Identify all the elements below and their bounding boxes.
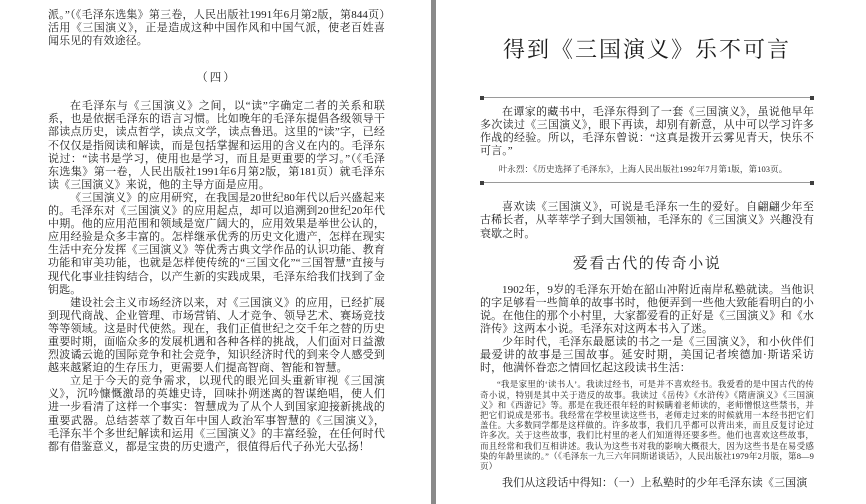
book-spread: 派。”（《毛泽东选集》第三卷，人民出版社1991年6月第2版，第844页）活用《… xyxy=(0,0,866,504)
rule-endcap-right xyxy=(810,96,814,100)
right-closing-paragraph: 我们从这段话中得知：（一）上私塾时的少年毛泽东读《三国演 xyxy=(480,477,814,490)
epigraph-rule-bottom xyxy=(480,180,814,185)
chapter-title: 得到《三国演义》乐不可言 xyxy=(480,36,814,64)
right-intro-paragraph: 喜欢读《三国演义》，可说是毛泽东一生的爱好。自翩翩少年至古稀长者，从莘莘学子到大… xyxy=(480,201,814,240)
left-paragraph-1: 在毛泽东与《三国演义》之间，以“读”字确定二者的关系和联系，也是依据毛泽东的语言… xyxy=(48,100,385,192)
left-paragraph-4: 立足于今天的竞争需求，以现代的眼光回头重新审视《三国演义》，沉吟慷慨激昂的英雄史… xyxy=(48,375,385,454)
rule-line xyxy=(484,97,810,98)
snow-interview-blockquote: “我是家里的‘读书人’。我读过经书，可是并不喜欢经书。我爱看的是中国古代的传奇小… xyxy=(480,379,814,471)
right-page: 得到《三国演义》乐不可言 在谭家的藏书中，毛泽东得到了一套《三国演义》，虽说他早… xyxy=(436,0,866,504)
right-paragraph-2: 少年时代，毛泽东最愿读的书之一是《三国演义》，和小伙伴们最爱讲的故事是三国故事。… xyxy=(480,336,814,375)
epigraph-rule-top xyxy=(480,95,814,100)
right-paragraph-1: 1902年，9岁的毛泽东开始在韶山冲附近南岸私塾就读。当他识的字足够看一些简单的… xyxy=(480,284,814,336)
left-continuation-paragraph: 派。”（《毛泽东选集》第三卷，人民出版社1991年6月第2版，第844页）活用《… xyxy=(48,9,385,48)
section-number-marker: （四） xyxy=(48,69,385,85)
rule-line xyxy=(484,182,810,183)
epigraph-source-citation: 叶永烈：《历史选择了毛泽东》，上海人民出版社1992年7月第1版，第103页。 xyxy=(480,164,814,174)
section-heading: 爱看古代的传奇小说 xyxy=(480,255,814,273)
left-paragraph-2: 《三国演义》的应用研究，在我国是20世纪80年代以后兴盛起来的。毛泽东对《三国演… xyxy=(48,192,385,297)
left-paragraph-3: 建设社会主义市场经济以来，对《三国演义》的应用，已经扩展到现代商战、企业管理、市… xyxy=(48,297,385,376)
epigraph-quote: 在谭家的藏书中，毛泽东得到了一套《三国演义》，虽说他早年多次读过《三国演义》，眼… xyxy=(480,106,814,158)
left-page: 派。”（《毛泽东选集》第三卷，人民出版社1991年6月第2版，第844页）活用《… xyxy=(0,0,431,504)
rule-endcap-right xyxy=(810,181,814,185)
